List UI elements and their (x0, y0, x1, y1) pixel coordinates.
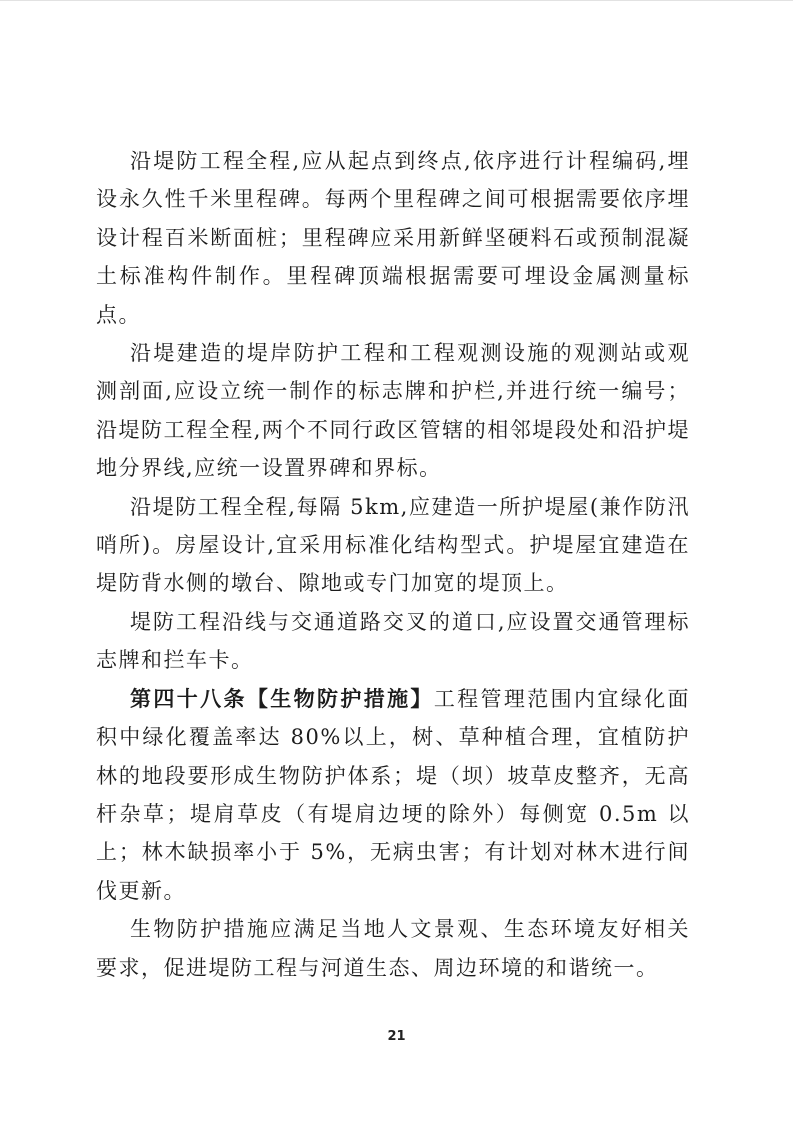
document-body: 沿堤防工程全程,应从起点到终点,依序进行计程编码,埋设永久性千米里程碑。每两个里… (96, 142, 690, 987)
article-heading: 第四十八条【生物防护措施】 (130, 686, 434, 711)
paragraph: 沿堤防工程全程,应从起点到终点,依序进行计程编码,埋设永久性千米里程碑。每两个里… (96, 142, 690, 334)
page-number: 21 (0, 1029, 793, 1044)
paragraph: 堤防工程沿线与交通道路交叉的道口,应设置交通管理标志牌和拦车卡。 (96, 603, 690, 680)
paragraph-text: 堤防工程沿线与交通道路交叉的道口,应设置交通管理标志牌和拦车卡。 (96, 610, 690, 672)
paragraph: 第四十八条【生物防护措施】工程管理范围内宜绿化面积中绿化覆盖率达 80%以上，树… (96, 680, 690, 910)
paragraph-text: 沿堤防工程全程,应从起点到终点,依序进行计程编码,埋设永久性千米里程碑。每两个里… (96, 149, 690, 327)
paragraph: 沿堤防工程全程,每隔 5km,应建造一所护堤屋(兼作防汛哨所)。房屋设计,宜采用… (96, 488, 690, 603)
document-page: 沿堤防工程全程,应从起点到终点,依序进行计程编码,埋设永久性千米里程碑。每两个里… (0, 0, 793, 1122)
paragraph: 生物防护措施应满足当地人文景观、生态环境友好相关要求，促进堤防工程与河道生态、周… (96, 910, 690, 987)
paragraph-text: 沿堤建造的堤岸防护工程和工程观测设施的观测站或观测剖面,应设立统一制作的标志牌和… (96, 341, 690, 480)
paragraph-text: 工程管理范围内宜绿化面积中绿化覆盖率达 80%以上，树、草种植合理，宜植防护林的… (96, 687, 690, 903)
paragraph-text: 沿堤防工程全程,每隔 5km,应建造一所护堤屋(兼作防汛哨所)。房屋设计,宜采用… (96, 495, 690, 596)
paragraph-text: 生物防护措施应满足当地人文景观、生态环境友好相关要求，促进堤防工程与河道生态、周… (96, 917, 690, 979)
paragraph: 沿堤建造的堤岸防护工程和工程观测设施的观测站或观测剖面,应设立统一制作的标志牌和… (96, 334, 690, 488)
